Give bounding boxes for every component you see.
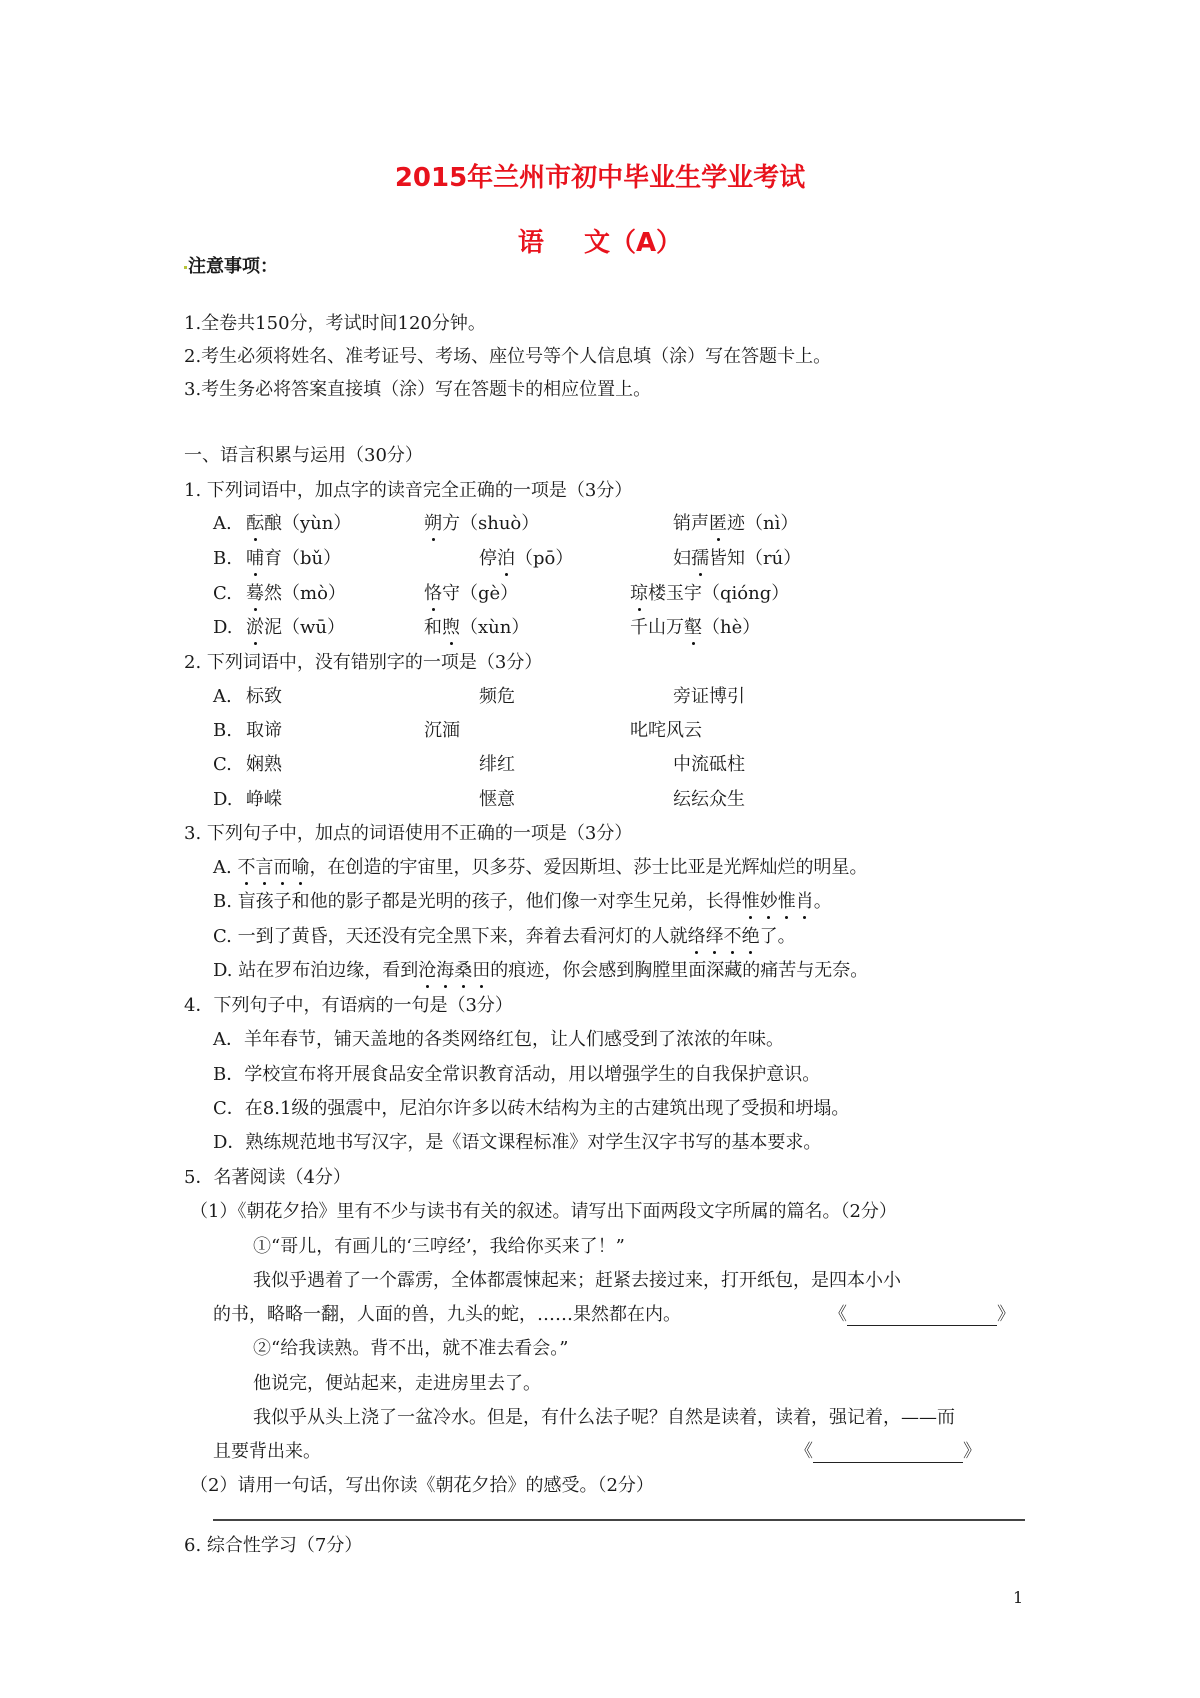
option-label: A. [213, 513, 232, 535]
option-item: 朔方（shuò） [424, 513, 539, 535]
anchor-marker-icon [184, 266, 187, 269]
q3-option-c: C. 一到了黄昏，天还没有完全黑下来，奔着去看河灯的人就络绎不绝了。 [213, 926, 796, 948]
exam-title: 2015年兰州市初中毕业生学业考试 [0, 157, 1200, 194]
option-item: 和煦（xùn） [424, 617, 529, 639]
option-label: D. [213, 789, 233, 811]
answer-blank-2[interactable]: 《》 [795, 1441, 981, 1463]
option-label: A. [213, 686, 232, 708]
q3-option-d: D. 站在罗布泊边缘，看到沧海桑田的痕迹，你会感到胸膛里面深藏的痛苦与无奈。 [213, 960, 868, 982]
option-item: 绯红 [479, 754, 515, 776]
option-label: C. [213, 754, 232, 776]
option-item: 淤泥（wū） [246, 617, 345, 639]
option-item: 琼楼玉宇（qióng） [630, 583, 789, 605]
notice-item: 2.考生必须将姓名、准考证号、考场、座位号等个人信息填（涂）写在答题卡上。 [184, 346, 831, 368]
question-stem: 4．下列句子中，有语病的一句是（3分） [184, 995, 513, 1017]
option-item: 停泊（pō） [479, 548, 573, 570]
option-item: 旁证博引 [673, 686, 745, 708]
option-item: 峥嵘 [246, 789, 282, 811]
notice-item: 1.全卷共150分，考试时间120分钟。 [184, 313, 486, 335]
answer-line[interactable] [213, 1519, 1025, 1521]
question-stem: 6. 综合性学习（7分） [184, 1535, 362, 1557]
option-item: 惬意 [479, 789, 515, 811]
question-stem: 3. 下列句子中，加点的词语使用不正确的一项是（3分） [184, 823, 632, 845]
q4-option-a: A．羊年春节，铺天盖地的各类网络红包，让人们感受到了浓浓的年味。 [213, 1029, 784, 1051]
page-number: 1 [1013, 1588, 1023, 1607]
option-item: 叱咤风云 [630, 720, 702, 742]
q4-option-d: D．熟练规范地书写汉字，是《语文课程标准》对学生汉字书写的基本要求。 [213, 1132, 821, 1154]
notice-item: 3.考生务必将答案直接填（涂）写在答题卡的相应位置上。 [184, 379, 651, 401]
option-item: 哺育（bǔ） [246, 548, 341, 570]
subject-char: 语 [518, 228, 544, 258]
q3-option-a: A. 不言而喻，在创造的宇宙里，贝多芬、爱因斯坦、莎士比亚是光辉灿烂的明星。 [213, 857, 867, 879]
passage-text: 的书，略略一翻，人面的兽，九头的蛇，……果然都在内。 [213, 1304, 681, 1326]
passage-quote: ①“哥儿，有画儿的‘三哼经’，我给你买来了！” [253, 1236, 625, 1258]
notice-heading: 注意事项： [188, 256, 278, 278]
option-label: B. [213, 720, 232, 742]
sub-question: （1）《朝花夕拾》里有不少与读书有关的叙述。请写出下面两段文字所属的篇名。（2分… [190, 1201, 897, 1223]
answer-blank-1[interactable]: 《》 [829, 1304, 1015, 1326]
option-item: 中流砥柱 [673, 754, 745, 776]
question-stem: 5．名著阅读（4分） [184, 1167, 351, 1189]
option-item: 频危 [479, 686, 515, 708]
passage-text: 且要背出来。 [213, 1441, 321, 1463]
passage-text: 我似乎从头上浇了一盆冷水。但是，有什么法子呢？自然是读着，读着，强记着，——而 [253, 1407, 955, 1429]
passage-quote: ②“给我读熟。背不出，就不准去看会。” [253, 1338, 568, 1360]
option-item: 标致 [246, 686, 282, 708]
option-item: 酝酿（yùn） [246, 513, 351, 535]
option-label: C. [213, 583, 232, 605]
q3-option-b: B. 盲孩子和他的影子都是光明的孩子，他们像一对孪生兄弟，长得惟妙惟肖。 [213, 891, 832, 913]
option-item: 千山万壑（hè） [630, 617, 760, 639]
passage-text: 我似乎遇着了一个霹雳，全体都震悚起来；赶紧去接过来，打开纸包，是四本小小 [253, 1270, 901, 1292]
option-item: 取谛 [246, 720, 282, 742]
question-stem: 2. 下列词语中，没有错别字的一项是（3分） [184, 652, 542, 674]
option-item: 纭纭众生 [673, 789, 745, 811]
q4-option-c: C．在8.1级的强震中，尼泊尔许多以砖木结构为主的古建筑出现了受损和坍塌。 [213, 1098, 849, 1120]
option-item: 销声匿迹（nì） [673, 513, 798, 535]
passage-text: 他说完，便站起来，走进房里去了。 [253, 1373, 541, 1395]
subject-label: 文（A） [584, 228, 682, 258]
section-heading: 一、语言积累与运用（30分） [184, 445, 423, 467]
subject-title: 语文（A） [0, 222, 1200, 259]
option-item: 妇孺皆知（rú） [673, 548, 801, 570]
option-item: 恪守（gè） [424, 583, 518, 605]
question-stem: 1. 下列词语中，加点字的读音完全正确的一项是（3分） [184, 480, 632, 502]
option-item: 蓦然（mò） [246, 583, 346, 605]
option-label: D. [213, 617, 233, 639]
option-item: 娴熟 [246, 754, 282, 776]
option-label: B. [213, 548, 232, 570]
q4-option-b: B．学校宣布将开展食品安全常识教育活动，用以增强学生的自我保护意识。 [213, 1064, 820, 1086]
sub-question: （2）请用一句话，写出你读《朝花夕拾》的感受。（2分） [190, 1475, 654, 1497]
option-item: 沉湎 [424, 720, 460, 742]
